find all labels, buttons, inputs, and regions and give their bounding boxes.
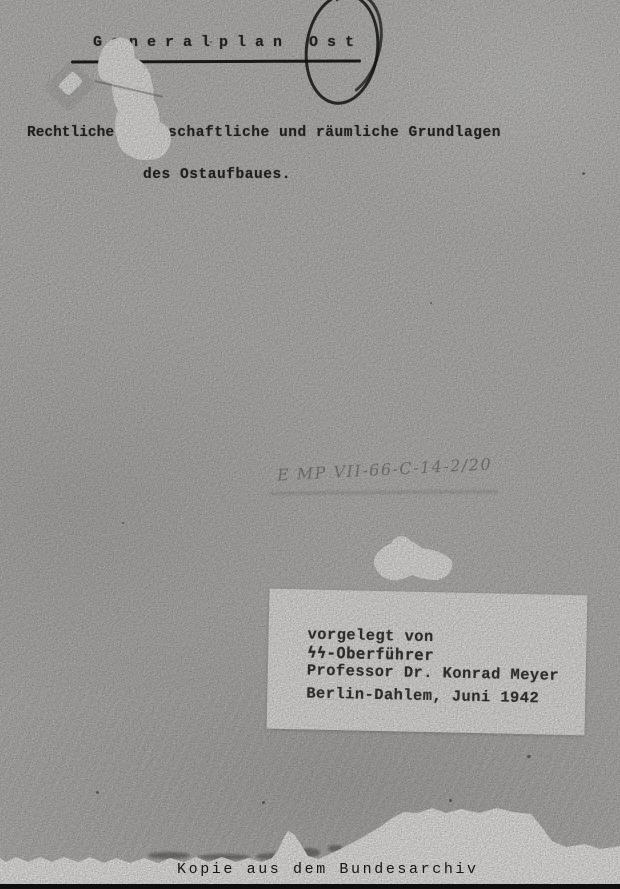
paper-speck xyxy=(430,302,432,304)
archive-copy-caption: Kopie aus dem Bundesarchiv xyxy=(177,861,479,878)
subtitle-line2: des Ostaufbaues. xyxy=(143,168,291,183)
handwritten-archival-note: E MP VII-66-C-14-2/20 xyxy=(277,454,493,484)
subtitle-line1-left: Rechtliche, xyxy=(27,126,123,141)
ost-circle-annotation-overstroke xyxy=(296,0,394,108)
pasted-author-label: vorgelegt von ϟϟ-Oberführer Professor Dr… xyxy=(267,589,588,736)
paper-speck xyxy=(262,801,265,804)
paper-speck xyxy=(96,791,99,794)
erased-pencil-line xyxy=(270,490,498,495)
label-line-place-date: Berlin-Dahlem, Juni 1942 xyxy=(306,684,585,708)
scanned-paper: Generalplan Ost Rechtliche, schaftliche … xyxy=(0,0,620,870)
torn-edge-smudge xyxy=(148,852,190,859)
torn-edge-smudge xyxy=(256,853,292,860)
paper-speck xyxy=(122,522,124,524)
paper-speck xyxy=(210,41,212,43)
torn-edge-smudge xyxy=(198,854,250,860)
subtitle-line1-right: schaftliche und räumliche Grundlagen xyxy=(168,126,501,141)
paper-speck xyxy=(449,799,452,802)
paper-speck xyxy=(527,755,531,758)
torn-edge-smudge xyxy=(298,848,320,857)
document-scan-page: Generalplan Ost Rechtliche, schaftliche … xyxy=(0,0,620,889)
paper-speck xyxy=(582,172,585,175)
footer-black-bar xyxy=(0,884,620,889)
torn-edge-smudge xyxy=(328,845,343,852)
